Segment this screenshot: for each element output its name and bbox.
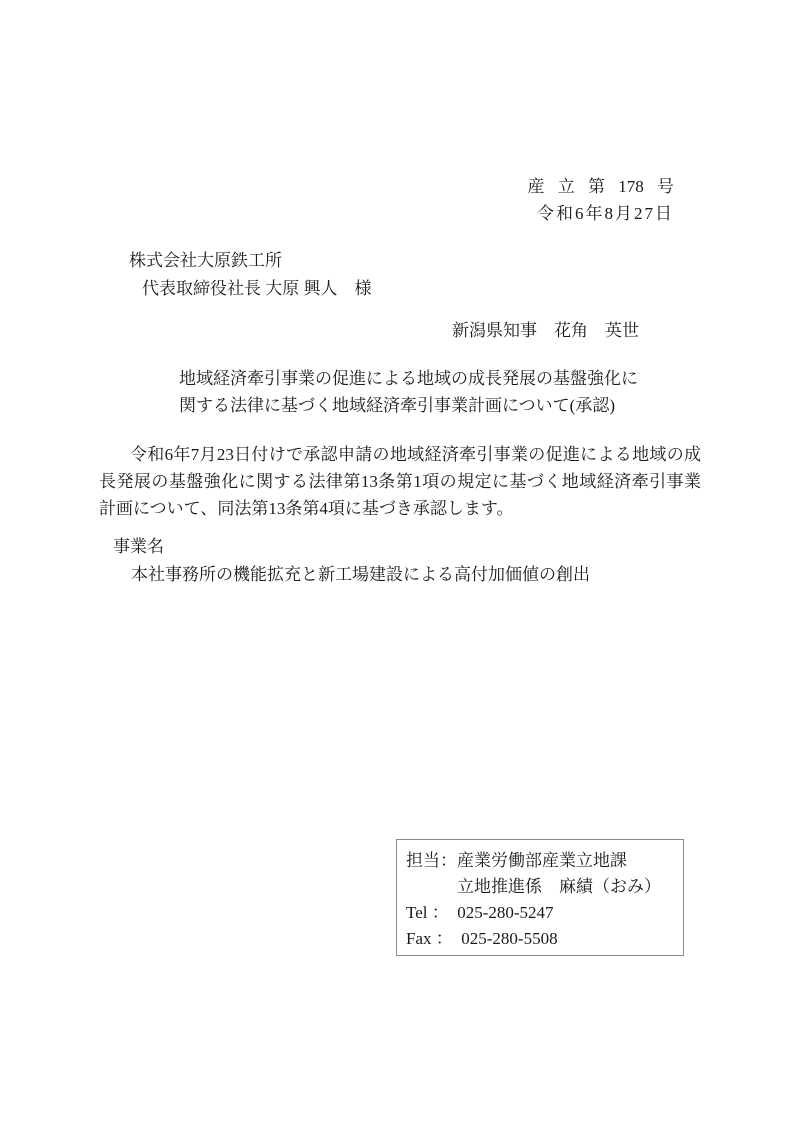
recipient-person: 代表取締役社長 大原 興人 様 xyxy=(142,275,372,303)
reference-block: 産 立 第 178 号 令和6年8月27日 xyxy=(528,173,675,227)
document-number: 産 立 第 178 号 xyxy=(528,173,675,200)
document-date: 令和6年8月27日 xyxy=(528,200,675,227)
subject-block: 地域経済牽引事業の促進による地域の成長発展の基盤強化に 関する法律に基づく地域経… xyxy=(179,365,638,419)
body-line-2: 長発展の基盤強化に関する法律第13条第1項の規定に基づく地域経済牽引事業 xyxy=(99,468,701,495)
body-line-1: 令和6年7月23日付けで承認申請の地域経済牽引事業の促進による地域の成 xyxy=(99,441,701,468)
contact-tel: Tel ： 025-280-5247 xyxy=(406,900,683,926)
addressee-block: 株式会社大原鉄工所 代表取締役社長 大原 興人 様 xyxy=(129,247,372,303)
contact-fax: Fax ： 025-280-5508 xyxy=(406,926,683,952)
subject-line-2: 関する法律に基づく地域経済牽引事業計画について(承認) xyxy=(179,392,638,419)
document-page: 産 立 第 178 号 令和6年8月27日 株式会社大原鉄工所 代表取締役社長 … xyxy=(0,0,800,1132)
body-paragraph: 令和6年7月23日付けで承認申請の地域経済牽引事業の促進による地域の成 長発展の… xyxy=(99,441,701,522)
project-name-label: 事業名 xyxy=(113,533,164,560)
recipient-company: 株式会社大原鉄工所 xyxy=(129,247,372,275)
contact-info-box: 担当：産業労働部産業立地課 立地推進係 麻績（おみ） Tel ： 025-280… xyxy=(396,839,684,956)
project-name-value: 本社事務所の機能拡充と新工場建設による高付加価値の創出 xyxy=(131,561,590,588)
subject-line-1: 地域経済牽引事業の促進による地域の成長発展の基盤強化に xyxy=(179,365,638,392)
contact-department: 担当：産業労働部産業立地課 xyxy=(406,848,683,874)
body-line-3: 計画について、同法第13条第4項に基づき承認します。 xyxy=(99,495,701,522)
contact-person: 立地推進係 麻績（おみ） xyxy=(457,874,683,900)
sender-name: 新潟県知事 花角 英世 xyxy=(452,317,639,344)
